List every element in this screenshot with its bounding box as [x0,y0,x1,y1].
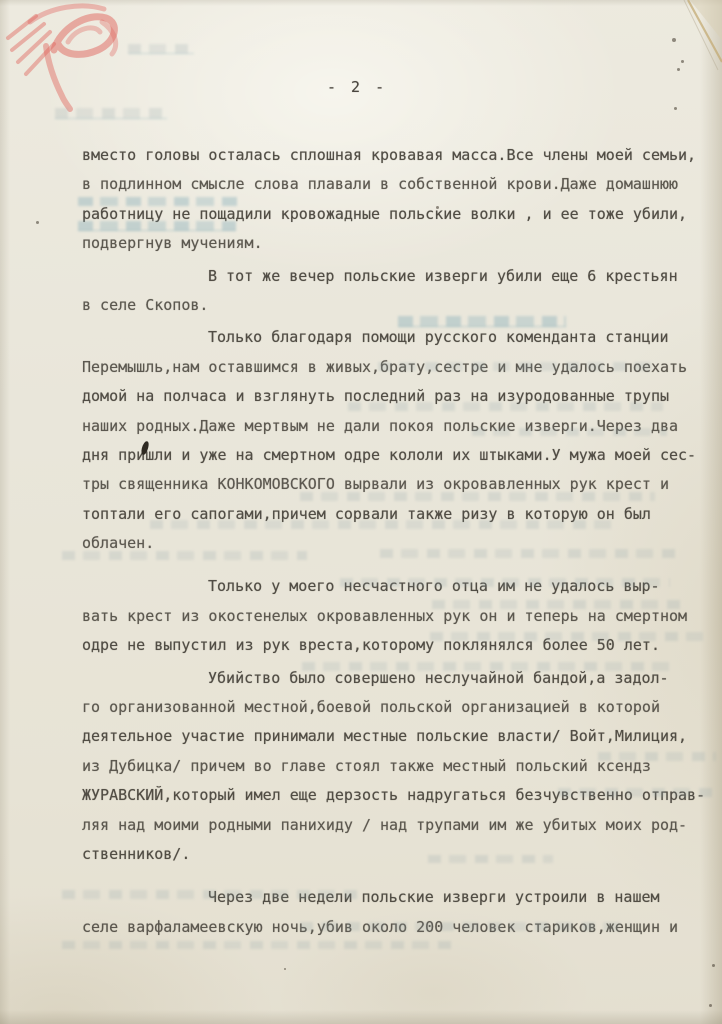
text-line: одре не выпустил из рук вреста,которому … [82,631,716,660]
paper-edge-shadow [0,1010,722,1024]
text-line: тры священника КОНКОМОВСКОГО вырвали из … [82,470,716,499]
paper-speck [284,968,286,970]
paragraph: Только у моего несчастного отца им не уд… [82,572,716,660]
text-line: В тот же вечер польские изверги убили ещ… [82,262,716,291]
text-line: Перемышль,нам оставшимся в живых,брату,с… [82,353,716,382]
paragraph: Через две недели польские изверги устрои… [82,883,716,942]
text-line: топтали его сапогами,причем сорвали такж… [82,500,716,529]
text-line: в подлинном смысле слова плавали в собст… [82,170,716,199]
text-line: ственников/. [82,840,716,869]
text-line: вместо головы осталась сплошная кровавая… [82,141,716,170]
text-line: деятельное участие принимали местные пол… [82,722,716,751]
text-line: наших родных.Даже мертвым не дали покоя … [82,412,716,441]
text-line: Через две недели польские изверги устрои… [82,883,716,912]
text-line: облачен. [82,529,716,558]
text-line: Только благодаря помощи русского коменда… [82,323,716,352]
text-line: го организованной местной,боевой польско… [82,693,716,722]
document-page: - 2 - вместо головы осталась сплошная кр… [0,0,722,1024]
ink-bleed-through [62,941,452,949]
paper-speck [36,221,39,224]
text-line: ляя над моими родными панихиду / над тру… [82,811,716,840]
paper-fold-corner [660,0,722,86]
paper-edge-shadow [0,0,10,1024]
text-line: из Дубицка/ причем во главе стоял также … [82,752,716,781]
text-line: вать крест из окостенелых окровавленных … [82,602,716,631]
paper-speck [709,1004,712,1007]
text-line: в селе Скопов. [82,291,716,320]
paragraph: Убийство было совершено неслучайной банд… [82,664,716,870]
text-line: подвергнув мучениям. [82,229,716,258]
text-line: ЖУРАВСКИЙ,который имел еще дерзость надр… [82,781,716,810]
paragraph: вместо головы осталась сплошная кровавая… [82,141,716,259]
red-pencil-marking [2,0,152,118]
text-line: работницу не пощадили кровожадные польск… [82,200,716,229]
text-line: Убийство было совершено неслучайной банд… [82,664,716,693]
paper-speck [674,107,677,110]
document-body: вместо головы осталась сплошная кровавая… [82,141,716,942]
paper-speck [712,964,715,967]
text-line: дня пришли и уже на смертном одре кололи… [82,441,716,470]
page-number: - 2 - [327,78,387,96]
text-line: селе варфаламеевскую ночь,убив около 200… [82,913,716,942]
paragraph: В тот же вечер польские изверги убили ещ… [82,262,716,321]
text-line: домой на полчаса и взглянуть последний р… [82,382,716,411]
paragraph: Только благодаря помощи русского коменда… [82,323,716,558]
text-line: Только у моего несчастного отца им не уд… [82,572,716,601]
